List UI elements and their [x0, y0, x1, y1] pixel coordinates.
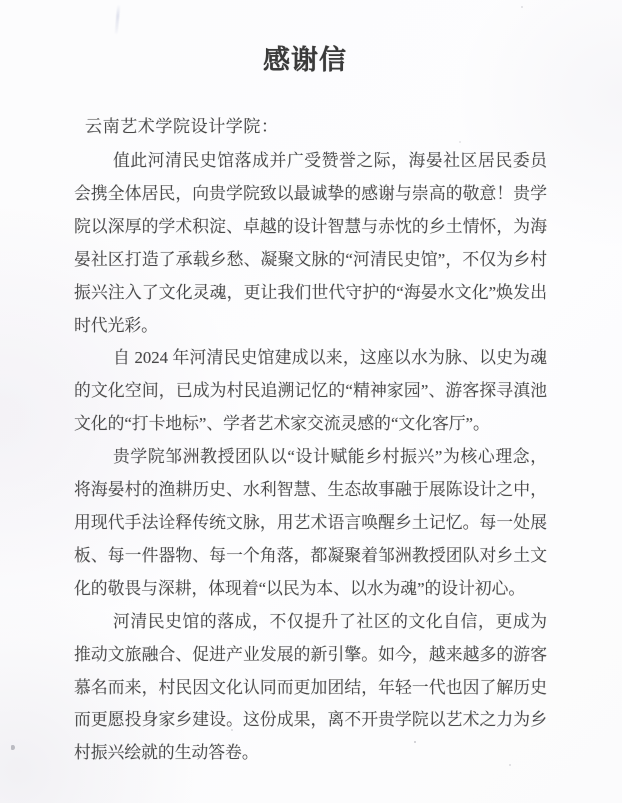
letter-body: 值此河清民史馆落成并广受赞誉之际，海晏社区居民委员会携全体居民，向贵学院致以最诚… — [74, 145, 547, 770]
letter-paragraph-2: 自 2024 年河清民史馆建成以来，这座以水为脉、以史为魂的文化空间，已成为村民… — [74, 342, 547, 441]
letter-salutation: 云南艺术学院设计学院： — [85, 117, 279, 137]
letter-paragraph-1: 值此河清民史馆落成并广受赞誉之际，海晏社区居民委员会携全体居民，向贵学院致以最诚… — [74, 145, 547, 342]
scan-speck — [11, 745, 15, 750]
letter-paragraph-3: 贵学院邹洲教授团队以“设计赋能乡村振兴”为核心理念，将海晏村的渔耕历史、水利智慧… — [74, 441, 547, 606]
scan-speck — [459, 141, 461, 143]
scan-speck — [521, 6, 523, 8]
scanned-letter-page: 感谢信 云南艺术学院设计学院： 值此河清民史馆落成并广受赞誉之际，海晏社区居民委… — [0, 0, 622, 803]
scan-streak-artifact — [115, 4, 121, 34]
letter-paragraph-4: 河清民史馆的落成，不仅提升了社区的文化自信，更成为推动文旅融合、促进产业发展的新… — [74, 606, 547, 771]
letter-title: 感谢信 — [0, 46, 616, 76]
